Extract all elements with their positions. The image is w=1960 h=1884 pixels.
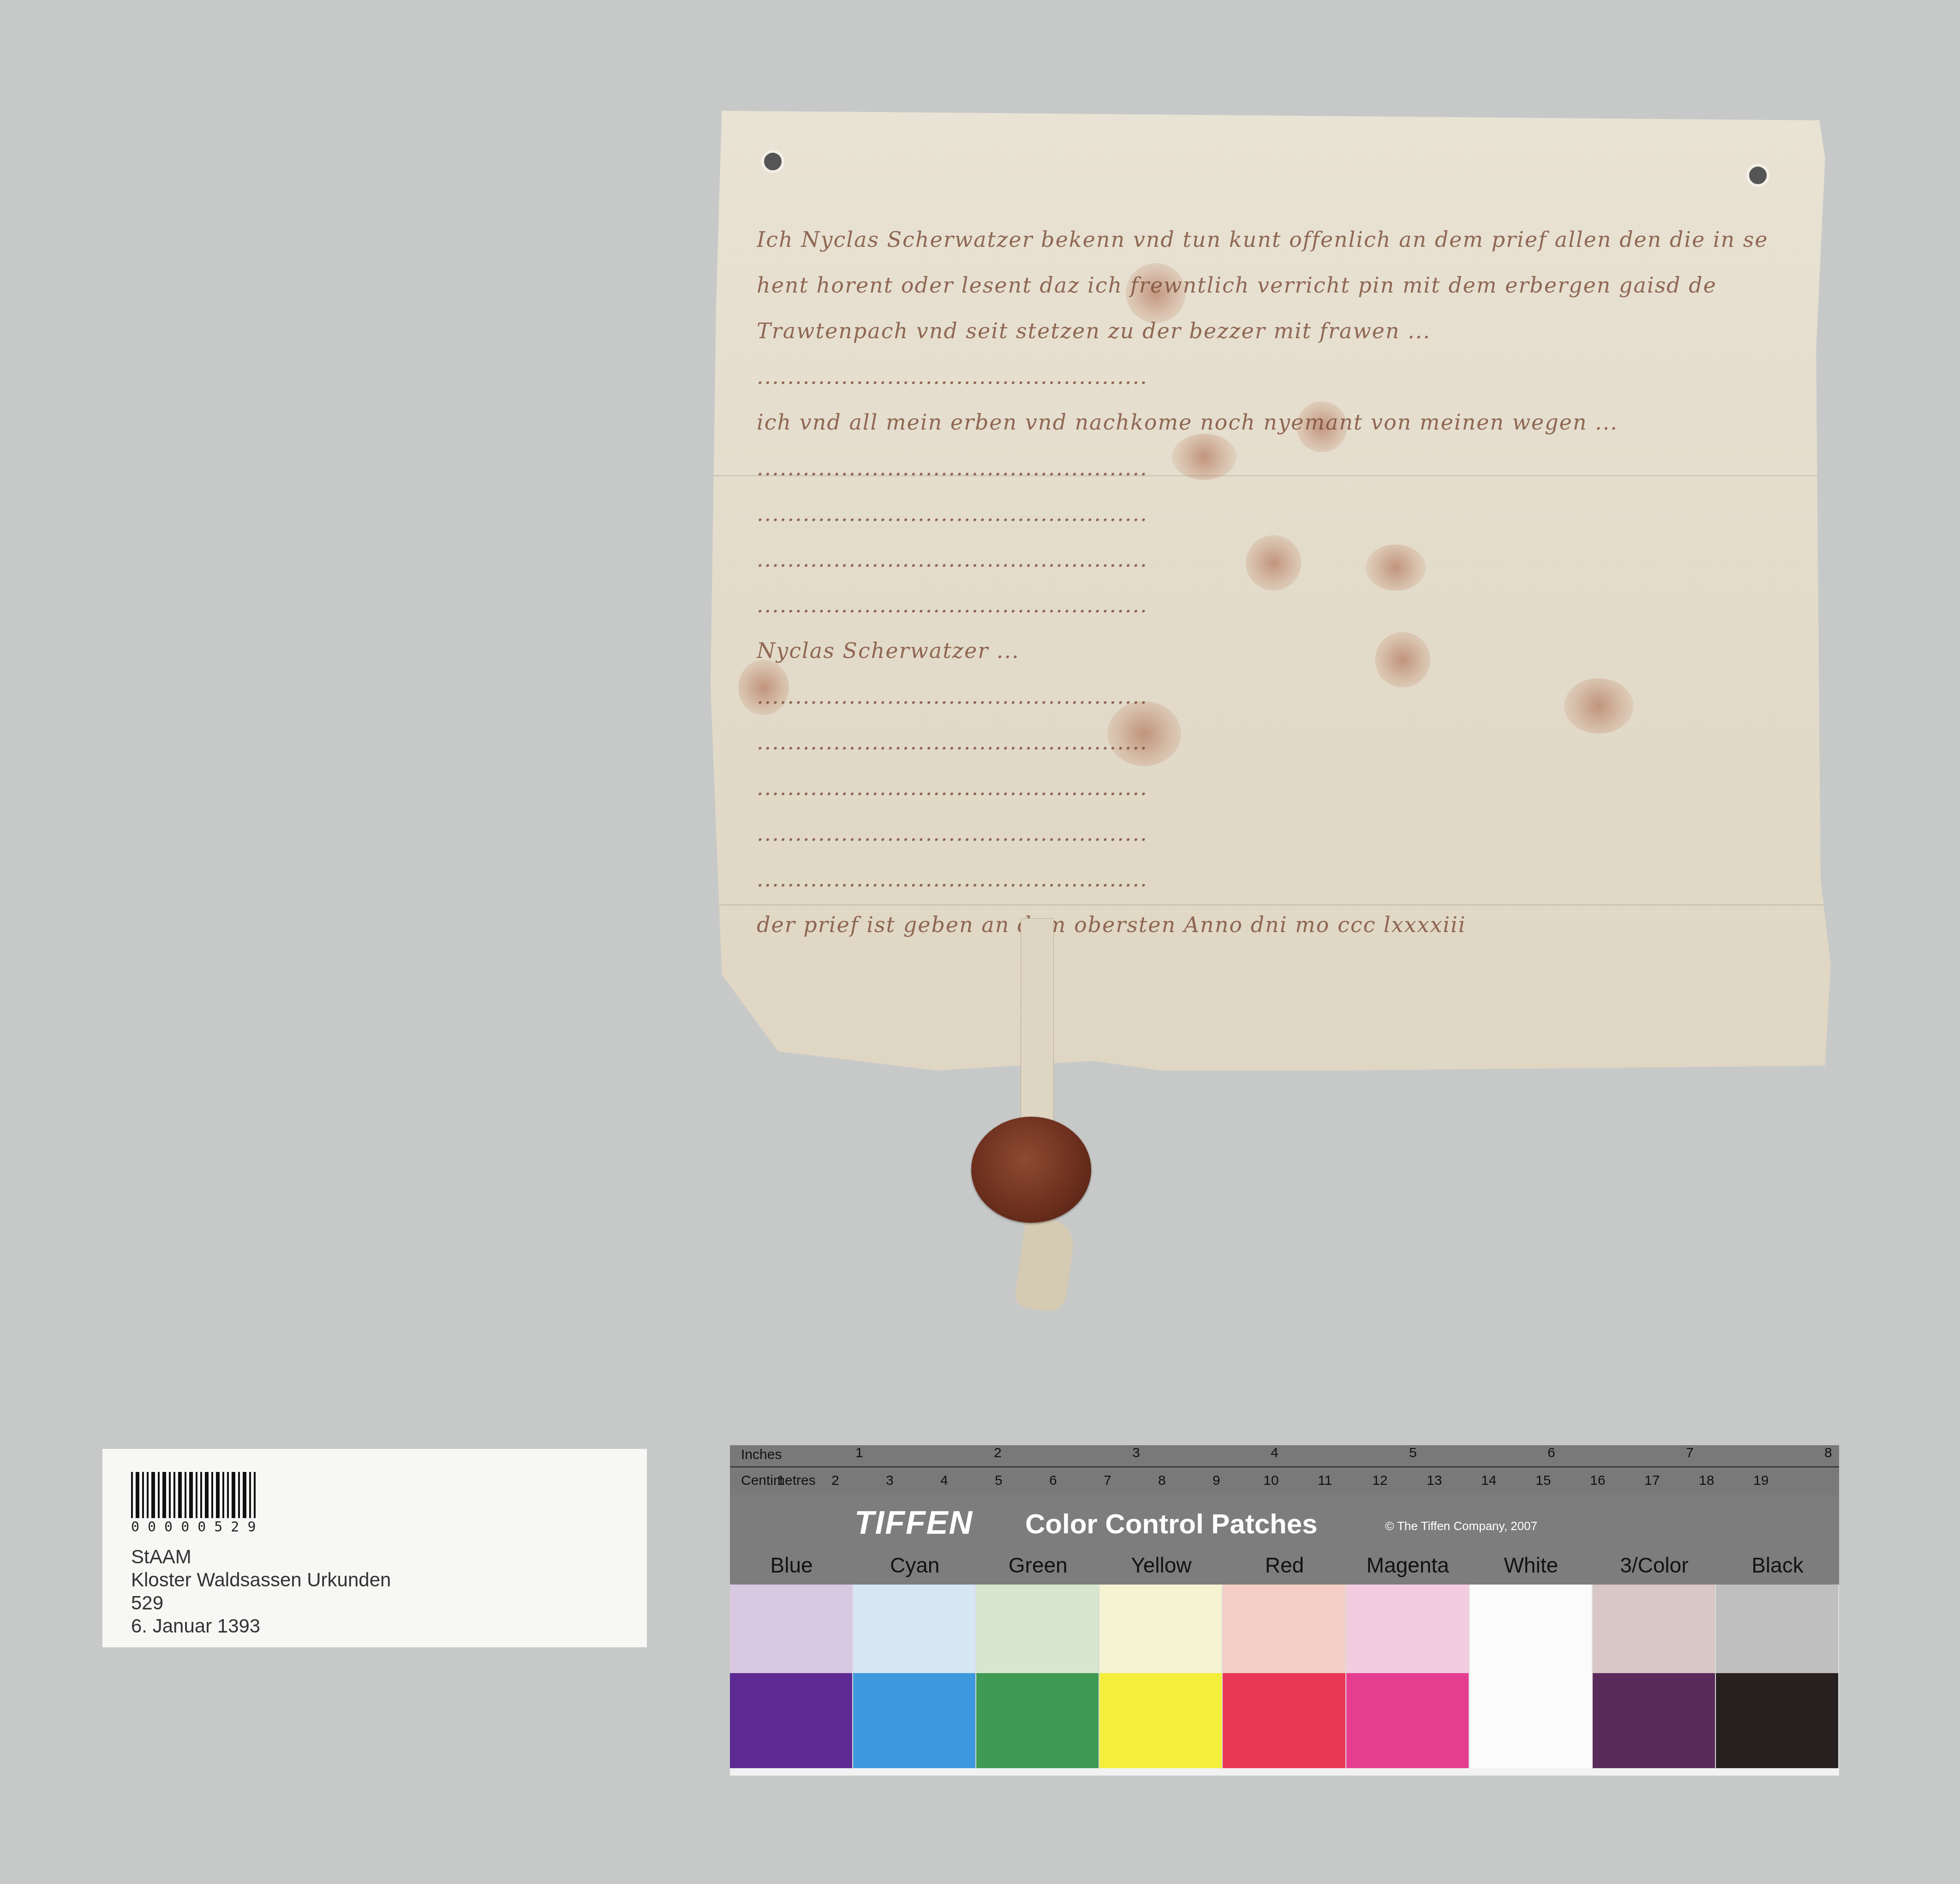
text-line: hent horent oder lesent daz ich frewntli… xyxy=(757,263,1795,308)
patch-green-light xyxy=(976,1585,1100,1673)
mounting-hole-left xyxy=(761,150,784,173)
patch-white-light xyxy=(1470,1585,1593,1673)
cm-tick-label: 4 xyxy=(940,1473,948,1489)
cm-tick-label: 13 xyxy=(1427,1473,1442,1489)
inch-tick-label: 3 xyxy=(1132,1445,1140,1461)
barcode-number: 00000529 xyxy=(131,1519,264,1535)
cm-tick-label: 19 xyxy=(1753,1473,1769,1489)
patch-label: Yellow xyxy=(1100,1546,1223,1585)
archive-label: 00000529 StAAM Kloster Waldsassen Urkund… xyxy=(102,1449,647,1647)
target-title: Color Control Patches xyxy=(1025,1508,1317,1540)
text-line: ich vnd all mein erben vnd nachkome noch… xyxy=(757,400,1795,445)
patch-3color-light xyxy=(1593,1585,1716,1673)
institution: StAAM xyxy=(131,1546,191,1568)
patch-label: Red xyxy=(1223,1546,1346,1585)
patch-blue-light xyxy=(730,1585,853,1673)
inches-label: Inches xyxy=(741,1447,782,1463)
charter-text: Ich Nyclas Scherwatzer bekenn vnd tun ku… xyxy=(757,217,1795,948)
inch-tick-label: 2 xyxy=(994,1445,1002,1461)
light-patch-row xyxy=(730,1585,1839,1673)
patch-label: Magenta xyxy=(1346,1546,1470,1585)
patch-blue-dark xyxy=(730,1673,853,1768)
text-line: ........................................… xyxy=(757,445,1795,491)
patch-black-light xyxy=(1716,1585,1839,1673)
cm-tick-label: 5 xyxy=(995,1473,1003,1489)
patch-green-dark xyxy=(976,1673,1100,1768)
text-line: ........................................… xyxy=(757,674,1795,719)
patch-label: Blue xyxy=(730,1546,853,1585)
document-date: 6. Januar 1393 xyxy=(131,1615,260,1637)
patch-red-dark xyxy=(1223,1673,1346,1768)
patch-cyan-light xyxy=(853,1585,976,1673)
cm-tick-label: 17 xyxy=(1644,1473,1660,1489)
text-line: Ich Nyclas Scherwatzer bekenn vnd tun ku… xyxy=(757,217,1795,263)
barcode xyxy=(131,1472,258,1518)
patch-labels: Blue Cyan Green Yellow Red Magenta White… xyxy=(730,1546,1839,1585)
cm-tick-label: 6 xyxy=(1049,1473,1057,1489)
patch-yellow-dark xyxy=(1100,1673,1223,1768)
seal-tag-end xyxy=(1014,1215,1077,1313)
charter-parchment: Ich Nyclas Scherwatzer bekenn vnd tun ku… xyxy=(711,111,1836,1071)
seal-tag xyxy=(1021,918,1054,1141)
patch-white-dark xyxy=(1470,1673,1593,1768)
ruler-axis xyxy=(730,1466,1839,1467)
text-line: ........................................… xyxy=(757,354,1795,400)
inch-tick-label: 7 xyxy=(1686,1445,1694,1461)
inch-tick-label: 8 xyxy=(1824,1445,1832,1461)
cm-tick-label: 1 xyxy=(777,1473,785,1489)
cm-tick-label: 9 xyxy=(1213,1473,1220,1489)
ruler: Inches 1 2 3 4 5 6 7 8 Centimetres 1 2 3… xyxy=(730,1445,1839,1495)
color-control-target: Inches 1 2 3 4 5 6 7 8 Centimetres 1 2 3… xyxy=(730,1445,1839,1776)
patch-label: Cyan xyxy=(853,1546,976,1585)
patch-label: White xyxy=(1470,1546,1593,1585)
collection: Kloster Waldsassen Urkunden xyxy=(131,1569,391,1591)
mounting-hole-right xyxy=(1746,164,1769,187)
cm-tick-label: 16 xyxy=(1590,1473,1605,1489)
text-line: ........................................… xyxy=(757,719,1795,765)
patch-yellow-light xyxy=(1100,1585,1223,1673)
patch-label: Black xyxy=(1716,1546,1839,1585)
text-line: Nyclas Scherwatzer ... xyxy=(757,628,1795,674)
inch-tick-label: 6 xyxy=(1548,1445,1555,1461)
cm-tick-label: 3 xyxy=(886,1473,894,1489)
inch-tick-label: 1 xyxy=(855,1445,863,1461)
text-line: ........................................… xyxy=(757,811,1795,856)
cm-tick-label: 15 xyxy=(1536,1473,1551,1489)
inch-tick-label: 5 xyxy=(1409,1445,1417,1461)
patch-label: 3/Color xyxy=(1593,1546,1716,1585)
patch-black-dark xyxy=(1716,1673,1839,1768)
cm-tick-label: 7 xyxy=(1104,1473,1111,1489)
patch-cyan-dark xyxy=(853,1673,976,1768)
text-line: ........................................… xyxy=(757,582,1795,628)
copyright: © The Tiffen Company, 2007 xyxy=(1385,1519,1537,1533)
text-line: ........................................… xyxy=(757,856,1795,902)
cm-tick-label: 11 xyxy=(1318,1473,1332,1489)
cm-tick-label: 14 xyxy=(1481,1473,1496,1489)
dark-patch-row xyxy=(730,1673,1839,1768)
inch-tick-label: 4 xyxy=(1271,1445,1279,1461)
document-number: 529 xyxy=(131,1592,163,1614)
text-line: ........................................… xyxy=(757,491,1795,537)
cm-tick-label: 10 xyxy=(1263,1473,1279,1489)
cm-tick-label: 8 xyxy=(1158,1473,1166,1489)
wax-seal xyxy=(971,1117,1091,1223)
tiffen-logo: TIFFEN xyxy=(855,1504,973,1541)
patch-red-light xyxy=(1223,1585,1346,1673)
patch-magenta-dark xyxy=(1346,1673,1470,1768)
cm-tick-label: 12 xyxy=(1372,1473,1387,1489)
cm-tick-label: 18 xyxy=(1699,1473,1714,1489)
text-line: der prief ist geben an dem obersten Anno… xyxy=(757,902,1795,948)
text-line: ........................................… xyxy=(757,765,1795,811)
text-line: Trawtenpach vnd seit stetzen zu der bezz… xyxy=(757,308,1795,354)
brand-band: TIFFEN Color Control Patches © The Tiffe… xyxy=(730,1495,1839,1546)
patch-magenta-light xyxy=(1346,1585,1470,1673)
patch-3color-dark xyxy=(1593,1673,1716,1768)
patch-label: Green xyxy=(976,1546,1100,1585)
cm-tick-label: 2 xyxy=(831,1473,839,1489)
text-line: ........................................… xyxy=(757,537,1795,582)
